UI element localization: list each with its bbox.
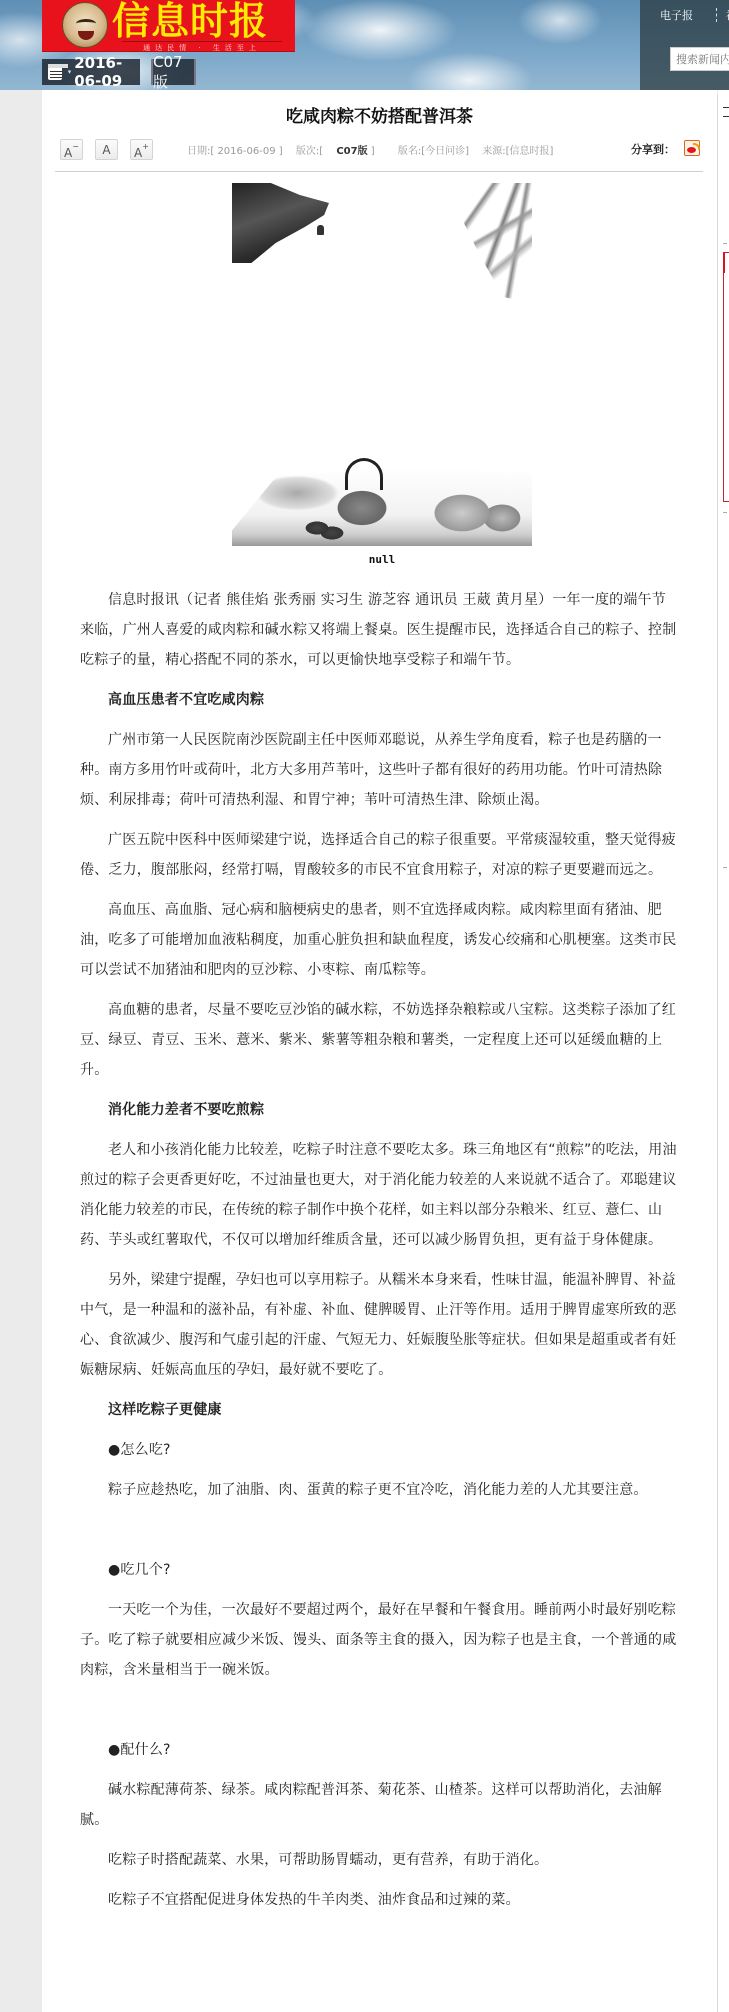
meta-section: 版名:[今日问诊] [398, 146, 469, 157]
paragraph: 碱水粽配薄荷茶、绿茶。咸肉粽配普洱茶、菊花茶、山楂茶。这样可以帮助消化，去油解腻… [80, 1775, 680, 1835]
paragraph: 高血糖的患者，尽量不要吃豆沙馅的碱水粽，不妨选择杂粮粽或八宝粽。这类粽子添加了红… [80, 995, 680, 1085]
question-heading: ●吃几个? [80, 1555, 680, 1585]
search-input[interactable] [670, 47, 729, 71]
meta-date: 日期:[ 2016-06-09 ] [187, 146, 283, 157]
article-toolbar: A− A A+ 日期:[ 2016-06-09 ] 版次:[ C07版 ] 版名… [60, 139, 700, 161]
paragraph: 老人和小孩消化能力比较差，吃粽子时注意不要吃太多。珠三角地区有“煎粽”的吃法，用… [80, 1135, 680, 1255]
sidebar-dash [723, 512, 727, 513]
article-image [232, 183, 532, 545]
link-separator [716, 8, 717, 22]
paragraph-spacer [80, 1695, 680, 1735]
paragraph: 一天吃一个为佳，一次最好不要超过两个，最好在早餐和午餐食用。睡前两小时最好别吃粽… [80, 1595, 680, 1685]
question-heading: ●怎么吃? [80, 1435, 680, 1465]
meta-edition: 版次:[ C07版 ] [296, 146, 385, 157]
logo-slogan: 通达民情 · 生活至上 [122, 41, 282, 53]
lion-mascot-icon [62, 2, 108, 48]
font-normal-label: A [102, 143, 110, 157]
link-epaper[interactable]: 电子报 [660, 7, 693, 23]
article-panel: 吃咸肉粽不妨搭配普洱茶 A− A A+ 日期:[ 2016-06-09 ] 版次… [42, 90, 717, 2012]
section-heading: 消化能力差者不要吃煎粽 [80, 1095, 680, 1125]
site-header: 信息时报 通达民情 · 生活至上 ▾ 2016-06-09 C07版 电子报 社 [0, 0, 729, 90]
article-body: 信息时报讯（记者 熊佳焰 张秀丽 实习生 游芝容 通讯员 王葳 黄月星）一年一度… [80, 585, 680, 1925]
share-label: 分享到： [631, 141, 675, 157]
teapot-handle [345, 458, 383, 490]
header-tools: 电子报 社 [640, 0, 729, 90]
bell-illustration [317, 225, 324, 235]
paragraph: 高血压、高血脂、冠心病和脑梗病史的患者，则不宜选择咸肉粽。咸肉粽里面有猪油、肥油… [80, 895, 680, 985]
caret-down-icon: ▾ [68, 68, 72, 76]
image-caption: null [232, 553, 532, 566]
logo-title: 信息时报 [112, 0, 268, 44]
paragraph: 广医五院中医科中医师梁建宁说，选择适合自己的粽子很重要。平常痰湿较重，整天觉得疲… [80, 825, 680, 885]
site-logo[interactable]: 信息时报 通达民情 · 生活至上 [42, 0, 295, 52]
sidebar-red-box [723, 252, 729, 502]
bamboo-illustration [437, 183, 532, 303]
paragraph: 吃粽子时搭配蔬菜、水果，可帮助肠胃蠕动，更有营养，有助于消化。 [80, 1845, 680, 1875]
meta-source: 来源:[信息时报] [482, 146, 553, 157]
toolbar-divider [55, 171, 703, 172]
font-increase-button[interactable]: A+ [130, 139, 153, 160]
article-meta: 日期:[ 2016-06-09 ] 版次:[ C07版 ] 版名:[今日问诊] … [187, 142, 563, 157]
weibo-share-icon[interactable] [684, 140, 700, 156]
sidebar-heading-mark [723, 107, 729, 108]
paragraph: 另外，梁建宁提醒，孕妇也可以享用粽子。从糯米本身来看，性味甘温，能温补脾胃、补益… [80, 1265, 680, 1385]
sidebar-heading-mark [723, 116, 729, 117]
paragraph: 广州市第一人民医院南沙医院副主任中医师邓聪说，从养生学角度看，粽子也是药膳的一种… [80, 725, 680, 815]
current-date: 2016-06-09 [74, 54, 140, 90]
paragraph-spacer [80, 1515, 680, 1555]
section-heading: 这样吃粽子更健康 [80, 1395, 680, 1425]
plus-icon: + [142, 142, 149, 151]
date-picker[interactable]: ▾ 2016-06-09 [42, 59, 140, 85]
question-heading: ●配什么? [80, 1735, 680, 1765]
font-decrease-button[interactable]: A− [60, 139, 83, 160]
section-heading: 高血压患者不宜吃咸肉粽 [80, 685, 680, 715]
paragraph: 吃粽子不宜搭配促进身体发热的牛羊肉类、油炸食品和过辣的菜。 [80, 1885, 680, 1915]
calendar-icon [48, 64, 62, 80]
font-normal-button[interactable]: A [95, 139, 118, 160]
edition-selector[interactable]: C07版 [151, 59, 196, 85]
paragraph: 信息时报讯（记者 熊佳焰 张秀丽 实习生 游芝容 通讯员 王葳 黄月星）一年一度… [80, 585, 680, 675]
sidebar-dash [723, 243, 727, 244]
paragraph: 粽子应趁热吃，加了油脂、肉、蛋黄的粽子更不宜冷吃，消化能力差的人尤其要注意。 [80, 1475, 680, 1505]
right-sidebar [718, 90, 729, 2012]
sidebar-dash [723, 867, 727, 868]
article-title: 吃咸肉粽不妨搭配普洱茶 [42, 102, 717, 127]
minus-icon: − [72, 142, 79, 151]
eave-illustration [232, 183, 329, 263]
meta-edition-value: C07版 [336, 146, 367, 157]
